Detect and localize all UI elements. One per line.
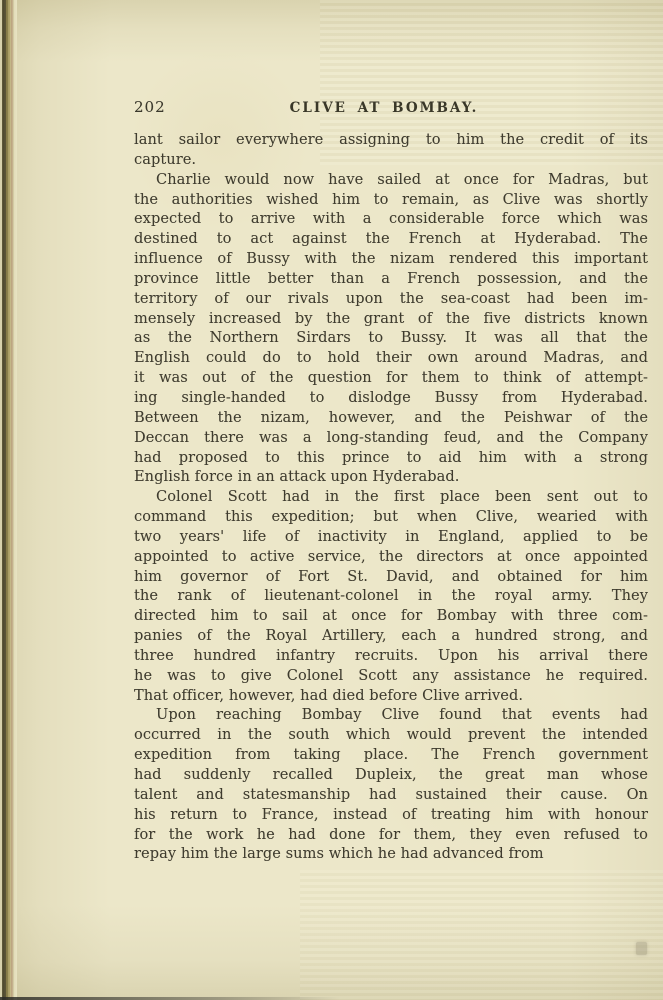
text-line: influence of Bussy with the nizam render… — [134, 250, 648, 270]
running-header: CLIVE AT BOMBAY. — [134, 100, 634, 116]
book-page-scan: 202 CLIVE AT BOMBAY. lant sailor everywh… — [0, 0, 663, 1000]
text-line: repay him the large sums which he had ad… — [134, 845, 648, 865]
text-line: capture. — [134, 151, 648, 171]
text-line: Upon reaching Bombay Clive found that ev… — [134, 706, 648, 726]
text-line: Colonel Scott had in the first place bee… — [134, 488, 648, 508]
text-line: English could do to hold their own aroun… — [134, 349, 648, 369]
text-line: for the work he had done for them, they … — [134, 826, 648, 846]
paragraph: Colonel Scott had in the first place bee… — [134, 488, 648, 706]
text-line: had proposed to this prince to aid him w… — [134, 449, 648, 469]
text-line: talent and statesmanship had sustained t… — [134, 786, 648, 806]
text-line: lant sailor everywhere assigning to him … — [134, 131, 648, 151]
stain-mark — [636, 942, 647, 955]
text-line: two years' life of inactivity in England… — [134, 528, 648, 548]
text-line: province little better than a French pos… — [134, 270, 648, 290]
page-text: lant sailor everywhere assigning to him … — [134, 131, 648, 865]
text-line: Deccan there was a long-standing feud, a… — [134, 429, 648, 449]
text-line: the rank of lieutenant-colonel in the ro… — [134, 587, 648, 607]
scan-streaks-bottom — [300, 870, 663, 1000]
text-line: mensely increased by the grant of the fi… — [134, 310, 648, 330]
text-line: command this expedition; but when Clive,… — [134, 508, 648, 528]
text-line: panies of the Royal Artillery, each a hu… — [134, 627, 648, 647]
text-line: directed him to sail at once for Bombay … — [134, 607, 648, 627]
text-line: That officer, however, had died before C… — [134, 687, 648, 707]
text-line: territory of our rivals upon the sea-coa… — [134, 290, 648, 310]
text-line: Charlie would now have sailed at once fo… — [134, 171, 648, 191]
text-line: appointed to active service, the directo… — [134, 548, 648, 568]
paragraph: Charlie would now have sailed at once fo… — [134, 171, 648, 489]
text-line: the authorities wished him to remain, as… — [134, 191, 648, 211]
text-line: expedition from taking place. The French… — [134, 746, 648, 766]
text-line: three hundred infantry recruits. Upon hi… — [134, 647, 648, 667]
text-line: ing single-handed to dislodge Bussy from… — [134, 389, 648, 409]
text-line: as the Northern Sirdars to Bussy. It was… — [134, 329, 648, 349]
text-line: he was to give Colonel Scott any assista… — [134, 667, 648, 687]
text-line: his return to France, instead of treatin… — [134, 806, 648, 826]
paragraph: Upon reaching Bombay Clive found that ev… — [134, 706, 648, 865]
text-line: destined to act against the French at Hy… — [134, 230, 648, 250]
text-line: expected to arrive with a considerable f… — [134, 210, 648, 230]
text-line: Between the nizam, however, and the Peis… — [134, 409, 648, 429]
text-line: English force in an attack upon Hyderaba… — [134, 468, 648, 488]
book-gutter-edge — [0, 0, 17, 1000]
text-line: occurred in the south which would preven… — [134, 726, 648, 746]
paragraph: lant sailor everywhere assigning to him … — [134, 131, 648, 171]
text-line: him governor of Fort St. David, and obta… — [134, 568, 648, 588]
text-line: it was out of the question for them to t… — [134, 369, 648, 389]
text-line: had suddenly recalled Dupleix, the great… — [134, 766, 648, 786]
